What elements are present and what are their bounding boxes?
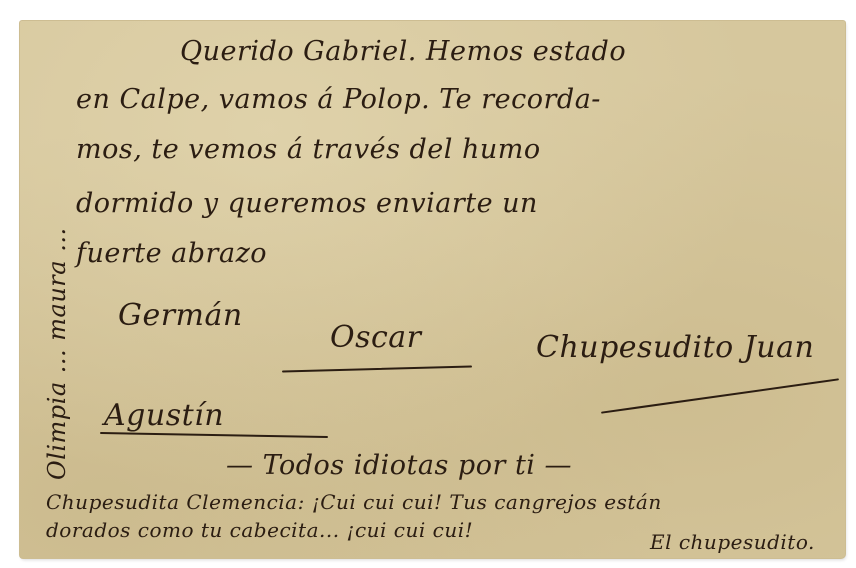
body-line-5: fuerte abrazo bbox=[76, 238, 267, 269]
body-line-3: mos, te vemos á través del humo bbox=[76, 134, 541, 165]
signature-oscar: Oscar bbox=[330, 320, 422, 355]
body-line-4: dormido y queremos enviarte un bbox=[76, 188, 538, 219]
postscript-signature: El chupesudito. bbox=[650, 530, 815, 554]
body-line-1: Querido Gabriel. Hemos estado bbox=[180, 36, 626, 67]
vertical-margin-note: Olimpia ... maura ... bbox=[43, 227, 71, 480]
closing-line: — Todos idiotas por ti — bbox=[226, 450, 572, 481]
signature-agustin: Agustín bbox=[104, 398, 224, 433]
postscript-line-2: dorados como tu cabecita... ¡cui cui cui… bbox=[46, 518, 473, 542]
postscript-line-1: Chupesudita Clemencia: ¡Cui cui cui! Tus… bbox=[46, 490, 662, 514]
body-line-2: en Calpe, vamos á Polop. Te recorda- bbox=[76, 84, 601, 115]
signature-chupesudito-juan: Chupesudito Juan bbox=[536, 330, 814, 365]
signature-german: Germán bbox=[118, 298, 243, 333]
